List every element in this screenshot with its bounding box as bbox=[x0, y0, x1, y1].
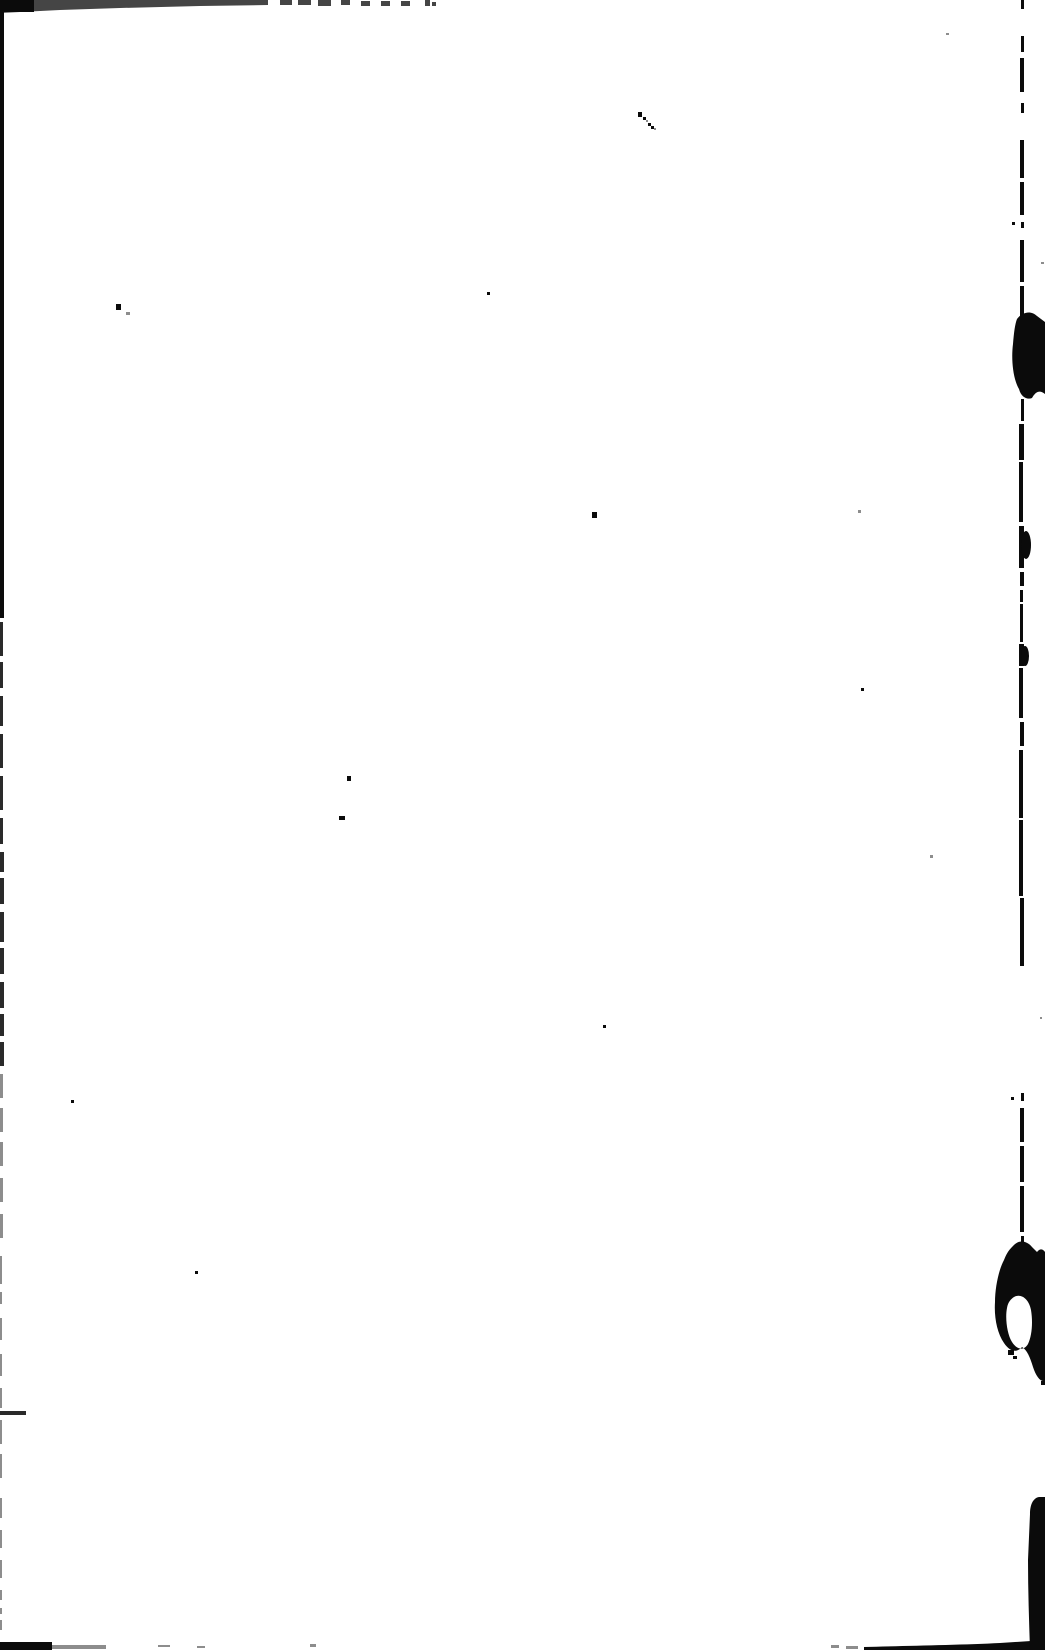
gutter-line-segment bbox=[1020, 286, 1024, 317]
gutter-line-bulge bbox=[1021, 531, 1031, 559]
ink-speck bbox=[646, 120, 648, 122]
top-edge-dash bbox=[280, 0, 292, 5]
ink-speck bbox=[592, 512, 597, 518]
left-edge-dash-faint bbox=[0, 1074, 3, 1098]
gutter-line-segment bbox=[1019, 750, 1023, 818]
gutter-line-segment bbox=[1019, 424, 1024, 460]
left-edge-dash-faint bbox=[0, 1256, 2, 1284]
top-edge-dash bbox=[298, 0, 311, 5]
gutter-line-segment bbox=[1020, 1108, 1024, 1142]
bottom-left-edge-dash bbox=[52, 1645, 106, 1649]
bottom-edge-dash bbox=[197, 1646, 205, 1648]
top-edge-dash bbox=[425, 0, 430, 6]
ink-speck bbox=[1011, 1097, 1014, 1100]
left-edge-dash bbox=[0, 948, 4, 974]
left-edge-dash-faint bbox=[0, 1214, 3, 1238]
left-edge-dash-faint bbox=[0, 1560, 2, 1578]
ink-speck bbox=[603, 1025, 606, 1028]
left-edge-dash-faint bbox=[0, 1388, 2, 1408]
bottom-right-edge-shadow bbox=[1028, 1497, 1045, 1650]
left-edge-dash bbox=[0, 982, 4, 1008]
top-edge-dash bbox=[432, 2, 436, 6]
left-edge-dash-faint bbox=[0, 1530, 2, 1548]
left-edge-dash-faint bbox=[0, 1354, 2, 1376]
left-edge-dash bbox=[0, 912, 4, 942]
gutter-line-segment bbox=[1020, 240, 1024, 282]
gutter-line-segment bbox=[1021, 103, 1024, 113]
ink-speck bbox=[126, 312, 130, 315]
ink-speck bbox=[195, 1271, 198, 1274]
top-edge-dash bbox=[401, 1, 410, 6]
ink-speck bbox=[1040, 1017, 1042, 1019]
ink-speck bbox=[1041, 1381, 1045, 1385]
left-edge-dash-faint bbox=[0, 1292, 2, 1304]
left-edge-horizontal-dash bbox=[0, 1411, 26, 1415]
gutter-line-segment bbox=[1020, 1186, 1024, 1232]
bottom-edge-shadow bbox=[864, 1641, 1031, 1650]
ink-speck bbox=[930, 855, 933, 858]
top-edge-shadow bbox=[0, 0, 268, 13]
bottom-edge-dash bbox=[310, 1644, 316, 1647]
left-edge-dash-faint bbox=[0, 1142, 3, 1166]
left-edge-dash bbox=[0, 1042, 4, 1066]
gutter-line-segment bbox=[1021, 1093, 1024, 1101]
gutter-line-segment bbox=[1020, 58, 1024, 92]
scan-artifacts-svg bbox=[0, 0, 1045, 1650]
ink-speck bbox=[116, 304, 121, 310]
gutter-line-segment bbox=[1019, 820, 1023, 896]
ink-speck bbox=[638, 112, 642, 117]
left-edge-dash bbox=[0, 852, 4, 872]
bottom-edge-dash bbox=[831, 1645, 839, 1648]
left-edge-dash-faint bbox=[0, 1590, 2, 1600]
left-edge-dash bbox=[0, 734, 3, 768]
top-edge-dash bbox=[341, 0, 350, 5]
gutter-line-segment bbox=[1019, 668, 1023, 718]
gutter-line-segment bbox=[1020, 182, 1024, 215]
left-edge-dash bbox=[0, 1014, 4, 1036]
ink-blot-upper bbox=[1012, 312, 1045, 398]
left-edge-dash-faint bbox=[0, 1498, 2, 1518]
ink-speck bbox=[1008, 1350, 1014, 1355]
gutter-line-segment bbox=[1021, 36, 1024, 52]
gutter-line-bulge bbox=[1021, 646, 1029, 666]
left-edge-dash-faint bbox=[0, 1608, 2, 1614]
ink-speck bbox=[651, 126, 654, 129]
left-edge-dash bbox=[0, 696, 3, 726]
bottom-edge-dash bbox=[158, 1645, 170, 1647]
left-edge-dash bbox=[0, 776, 3, 810]
left-edge-shadow bbox=[0, 0, 4, 618]
left-edge-dash-faint bbox=[0, 1420, 2, 1444]
bottom-edge-dash bbox=[846, 1646, 858, 1649]
bottom-left-edge-dash bbox=[0, 1642, 52, 1650]
gutter-line-segment bbox=[1020, 572, 1024, 586]
left-edge-dash bbox=[0, 878, 4, 904]
ink-speck bbox=[1013, 1356, 1017, 1359]
ink-speck bbox=[654, 128, 656, 130]
left-edge-dash bbox=[0, 662, 3, 688]
gutter-line-segment bbox=[1020, 140, 1024, 178]
ink-speck bbox=[858, 510, 861, 513]
ink-speck bbox=[487, 292, 490, 295]
ink-speck bbox=[648, 123, 651, 126]
left-edge-dash-faint bbox=[0, 1454, 2, 1478]
ink-speck bbox=[339, 816, 345, 820]
gutter-line-segment bbox=[1020, 722, 1024, 746]
scanned-blank-page bbox=[0, 0, 1045, 1650]
left-edge-dash-faint bbox=[0, 1108, 3, 1132]
ink-speck bbox=[1041, 262, 1044, 264]
ink-speck bbox=[1012, 222, 1015, 225]
gutter-line-segment bbox=[1020, 590, 1023, 602]
top-edge-shadow-dark bbox=[0, 0, 34, 12]
ink-speck bbox=[643, 117, 646, 120]
left-edge-dash bbox=[0, 622, 3, 656]
left-edge-dash-faint bbox=[0, 1620, 2, 1630]
top-edge-dash bbox=[361, 1, 370, 6]
gutter-line-segment bbox=[1020, 898, 1024, 966]
left-edge-dash-faint bbox=[0, 1178, 3, 1202]
gutter-line-segment bbox=[1020, 1146, 1024, 1182]
gutter-line-segment bbox=[1020, 604, 1023, 642]
left-edge-dash bbox=[0, 818, 3, 844]
top-edge-dash bbox=[381, 1, 390, 6]
top-edge-dash bbox=[318, 0, 331, 6]
ink-speck bbox=[861, 688, 864, 691]
ink-speck bbox=[71, 1100, 74, 1103]
gutter-line-segment bbox=[1021, 222, 1024, 228]
left-edge-dash-faint bbox=[0, 1318, 2, 1340]
gutter-line-segment bbox=[1019, 462, 1023, 522]
ink-blot-lower bbox=[995, 1242, 1045, 1382]
gutter-line-segment bbox=[1021, 0, 1024, 9]
ink-speck bbox=[946, 33, 949, 35]
ink-speck bbox=[347, 776, 351, 781]
gutter-line-segment bbox=[1021, 399, 1024, 421]
